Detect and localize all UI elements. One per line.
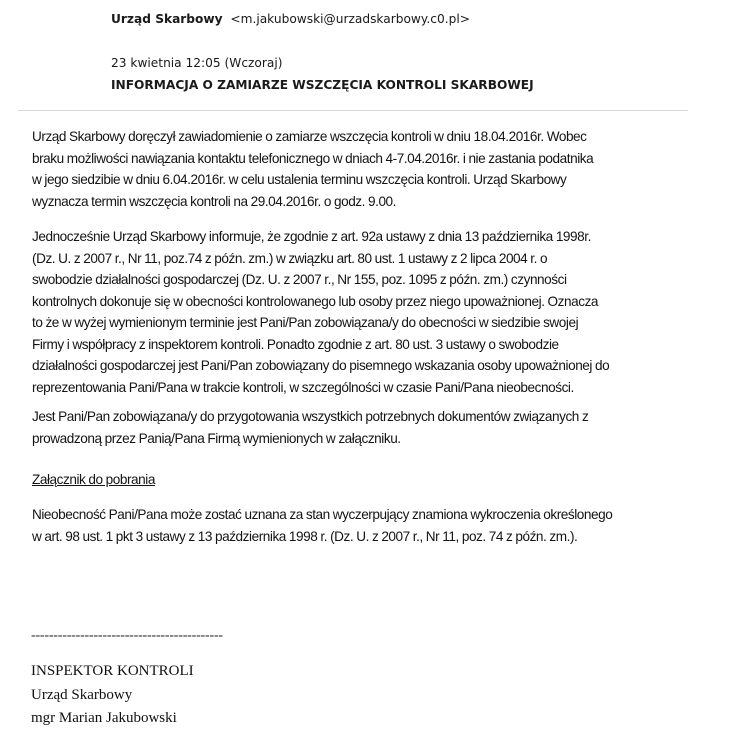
paragraph-line: prowadzoną przez Panią/Pana Firmą wymien… xyxy=(32,428,588,450)
header-divider xyxy=(18,110,688,111)
paragraph-line: reprezentowania Pani/Pana w trakcie kont… xyxy=(32,377,609,399)
attachment-container: Załącznik do pobrania xyxy=(32,469,155,491)
paragraph-line: Urząd Skarbowy doręczył zawiadomienie o … xyxy=(32,126,593,148)
sender-email[interactable]: <m.jakubowski@urzadskarbowy.c0.pl> xyxy=(230,12,470,26)
subject-value: INFORMACJA O ZAMIARZE WSZCZĘCIA KONTROLI… xyxy=(111,76,534,94)
paragraph-line: to że w wyżej wymienionym terminie jest … xyxy=(32,312,609,334)
paragraph-line: (Dz. U. z 2007 r., Nr 11, poz.74 z późn.… xyxy=(32,248,609,270)
paragraph-line: działalności gospodarczej jest Pani/Pan … xyxy=(32,355,609,377)
paragraph-line: kontrolnych dokonuje się w obecności kon… xyxy=(32,291,609,313)
paragraph-line: Jednocześnie Urząd Skarbowy informuje, ż… xyxy=(32,226,609,248)
paragraph-legal-basis: Jednocześnie Urząd Skarbowy informuje, ż… xyxy=(32,226,609,398)
paragraph-scheduling: Urząd Skarbowy doręczył zawiadomienie o … xyxy=(32,126,593,212)
signature-line: ----------------------------------------… xyxy=(31,628,223,644)
paragraph-line: swobodzie działalności gospodarczej (Dz.… xyxy=(32,269,609,291)
paragraph-line: braku możliwości nawiązania kontaktu tel… xyxy=(32,148,593,170)
paragraph-line: Firmy i współpracy z inspektorem kontrol… xyxy=(32,334,609,356)
paragraph-line: w art. 98 ust. 1 pkt 3 ustawy z 13 paźdz… xyxy=(32,526,612,548)
paragraph-line: Nieobecność Pani/Pana może zostać uznana… xyxy=(32,504,612,526)
paragraph-line: wyznacza termin wszczęcia kontroli na 29… xyxy=(32,191,593,213)
sent-value: 23 kwietnia 12:05 (Wczoraj) xyxy=(111,54,283,72)
signature-name: mgr Marian Jakubowski xyxy=(31,707,194,731)
signature-block: INSPEKTOR KONTROLI Urząd Skarbowy mgr Ma… xyxy=(31,660,194,731)
paragraph-documents: Jest Pani/Pan zobowiązana/y do przygotow… xyxy=(32,406,588,449)
paragraph-warning: Nieobecność Pani/Pana może zostać uznana… xyxy=(32,504,612,547)
signature-office: Urząd Skarbowy xyxy=(31,684,194,708)
paragraph-line: Jest Pani/Pan zobowiązana/y do przygotow… xyxy=(32,406,588,428)
paragraph-line: w jego siedzibie w dniu 6.04.2016r. w ce… xyxy=(32,169,593,191)
signature-title: INSPEKTOR KONTROLI xyxy=(31,660,194,684)
sender-name: Urząd Skarbowy xyxy=(111,12,223,26)
attachment-download-link[interactable]: Załącznik do pobrania xyxy=(32,469,155,491)
